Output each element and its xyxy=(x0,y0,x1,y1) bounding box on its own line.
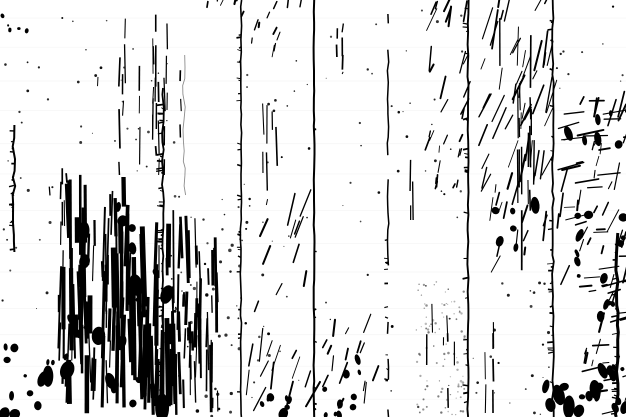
grunge-texture-image xyxy=(0,0,626,417)
grunge-texture-svg xyxy=(0,0,626,417)
